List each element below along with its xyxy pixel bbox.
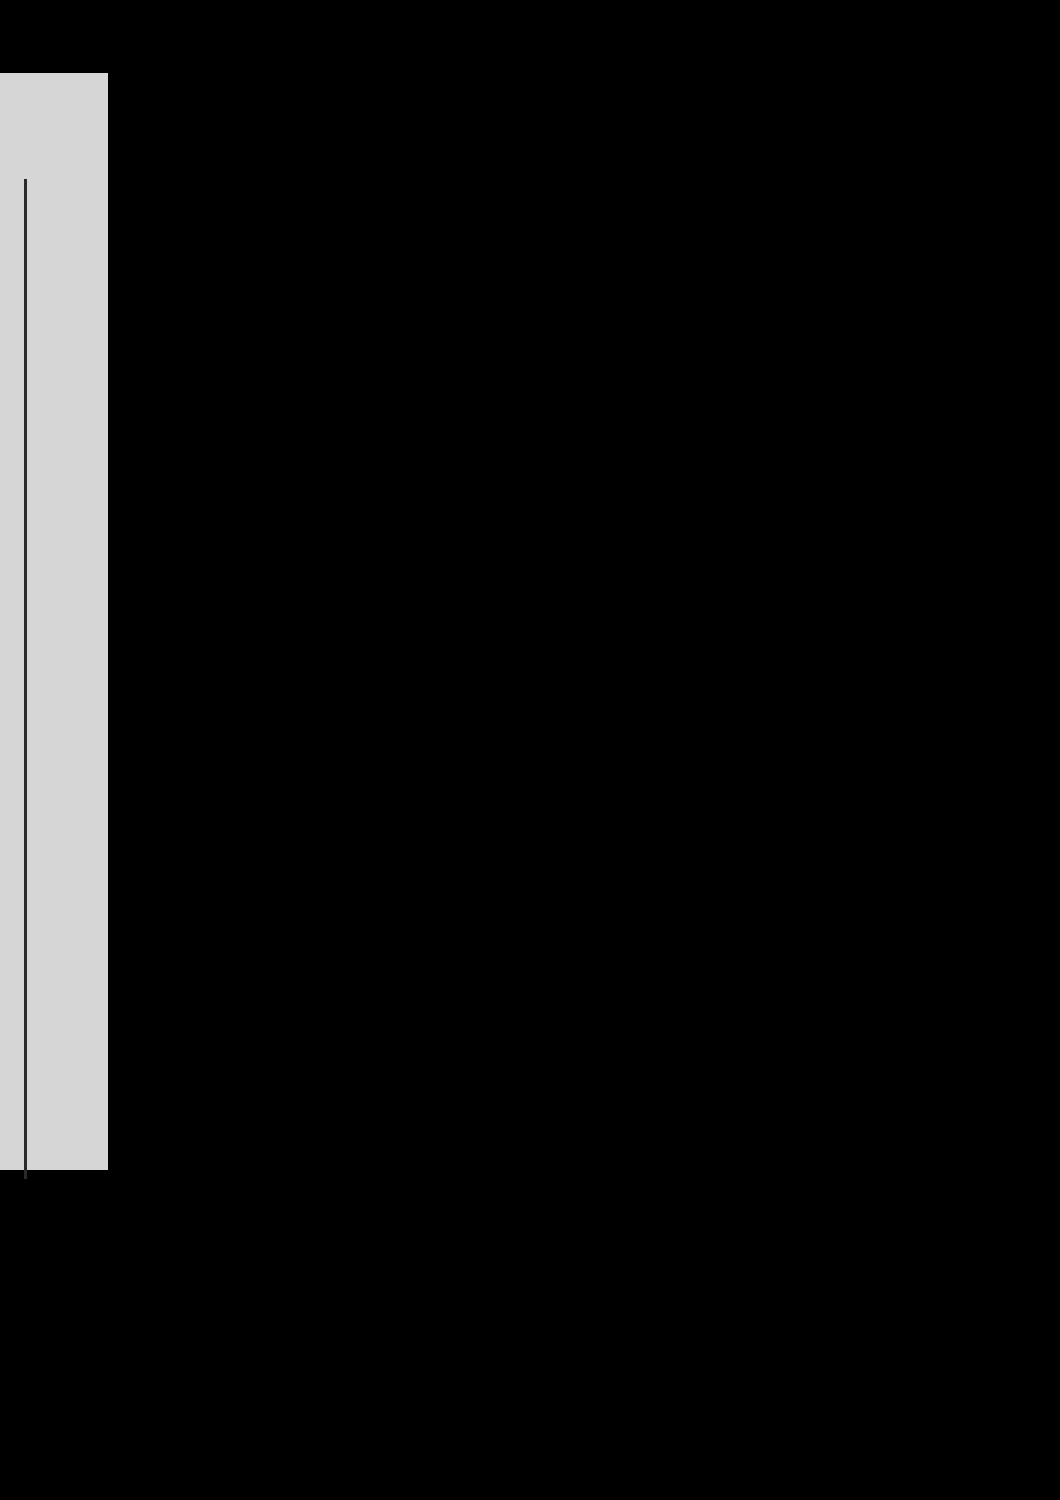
left-page-frame-line (24, 179, 27, 1179)
adjacent-left-page (0, 73, 108, 1170)
